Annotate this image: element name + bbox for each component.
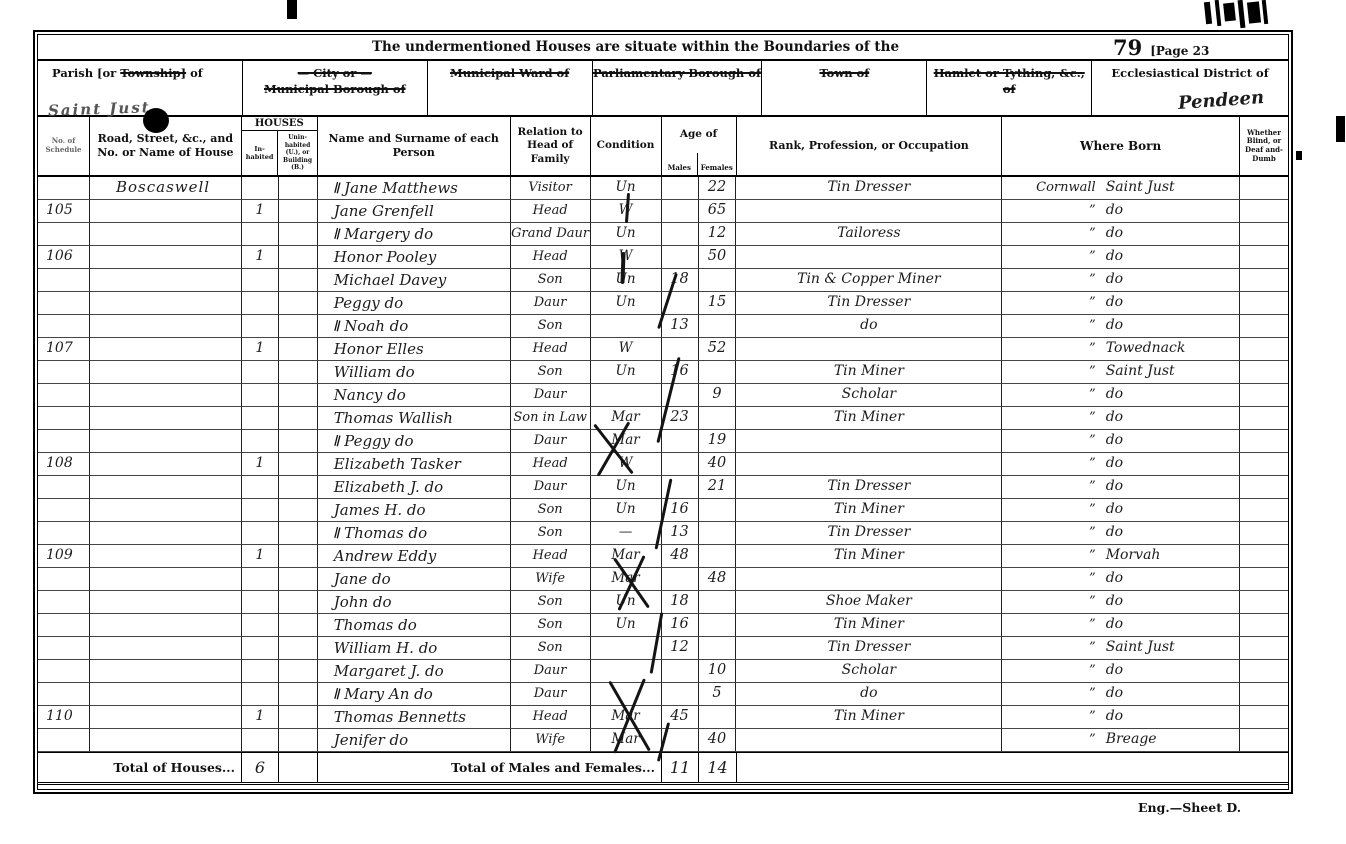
cell-age_f — [699, 706, 737, 728]
cell-schedule — [38, 430, 90, 452]
cell-born: ”do — [1002, 292, 1240, 314]
scan-mark — [1296, 151, 1302, 160]
table-row: Jane doWifeMar48”do — [38, 568, 1288, 591]
cell-schedule — [38, 522, 90, 544]
cell-condition — [591, 637, 662, 659]
cell-age_m — [662, 177, 699, 199]
scan-mark — [1215, 0, 1222, 26]
cell-occupation: Tin Miner — [736, 361, 1002, 383]
cell-address — [90, 430, 242, 452]
cell-inhabited — [242, 476, 279, 498]
table-row: 1051Jane GrenfellHeadW65”do — [38, 200, 1288, 223]
cell-infirmity — [1240, 499, 1288, 521]
cell-condition: W — [591, 338, 662, 360]
pen-mark: ∥ — [331, 315, 342, 337]
cell-relation: Head — [511, 453, 591, 475]
table-row: 1061Honor PooleyHeadW50”do — [38, 246, 1288, 269]
cell-age_m — [662, 200, 699, 222]
cell-infirmity — [1240, 706, 1288, 728]
town-box: Town of — [762, 61, 927, 115]
cell-uninhabited — [279, 591, 318, 613]
cell-schedule — [38, 315, 90, 337]
cell-uninhabited — [279, 614, 318, 636]
cell-age_f: 15 — [699, 292, 737, 314]
cell-relation: Wife — [511, 729, 591, 751]
cell-age_f: 12 — [699, 223, 737, 245]
cell-name: ∥Margery do — [318, 223, 511, 245]
cell-born: ”Breage — [1002, 729, 1240, 751]
cell-inhabited — [242, 361, 279, 383]
cell-occupation: Tin Miner — [736, 407, 1002, 429]
cell-condition: Un — [591, 614, 662, 636]
cell-age_m: 13 — [662, 522, 699, 544]
cell-address — [90, 476, 242, 498]
pen-mark: ∥ — [331, 430, 342, 452]
cell-address — [90, 660, 242, 682]
scan-mark — [1336, 116, 1345, 142]
cell-uninhabited — [279, 499, 318, 521]
cell-age_f — [699, 522, 737, 544]
cell-age_m: 12 — [662, 637, 699, 659]
cell-age_f: 10 — [699, 660, 737, 682]
cell-inhabited: 1 — [242, 706, 279, 728]
total-houses-label: Total of Houses... — [38, 753, 242, 782]
cell-occupation: Tin Miner — [736, 545, 1002, 567]
table-body: Boscaswell∥Jane MatthewsVisitorUn22Tin D… — [38, 177, 1288, 752]
table-row: Boscaswell∥Jane MatthewsVisitorUn22Tin D… — [38, 177, 1288, 200]
cell-schedule — [38, 683, 90, 705]
cell-uninhabited — [279, 568, 318, 590]
cell-age_f: 21 — [699, 476, 737, 498]
cell-occupation: Shoe Maker — [736, 591, 1002, 613]
cell-uninhabited — [279, 660, 318, 682]
cell-occupation: Tin Dresser — [736, 476, 1002, 498]
cell-age_f: 40 — [699, 453, 737, 475]
cell-age_f — [699, 499, 737, 521]
cell-schedule — [38, 292, 90, 314]
cell-born: ”do — [1002, 660, 1240, 682]
cell-schedule — [38, 269, 90, 291]
cell-inhabited: 1 — [242, 545, 279, 567]
cell-infirmity — [1240, 476, 1288, 498]
cell-born: ”do — [1002, 476, 1240, 498]
cell-age_f — [699, 407, 737, 429]
cell-infirmity — [1240, 315, 1288, 337]
cell-name: Thomas Bennetts — [318, 706, 511, 728]
cell-age_m — [662, 660, 699, 682]
ecclesiastical-label: Ecclesiastical District of — [1111, 66, 1268, 80]
cell-occupation — [736, 246, 1002, 268]
cell-inhabited — [242, 729, 279, 751]
cell-infirmity — [1240, 683, 1288, 705]
cell-schedule — [38, 499, 90, 521]
cell-uninhabited — [279, 269, 318, 291]
cell-address — [90, 706, 242, 728]
cell-relation: Head — [511, 338, 591, 360]
cell-infirmity — [1240, 568, 1288, 590]
cell-name: Michael Davey — [318, 269, 511, 291]
cell-name: Margaret J. do — [318, 660, 511, 682]
col-inhabited: In-habited — [242, 131, 279, 175]
cell-uninhabited — [279, 200, 318, 222]
cell-address — [90, 637, 242, 659]
cell-condition: Un — [591, 361, 662, 383]
cell-name: Jenifer do — [318, 729, 511, 751]
cell-infirmity — [1240, 292, 1288, 314]
cell-inhabited — [242, 177, 279, 199]
cell-name: ∥Mary An do — [318, 683, 511, 705]
footer-blank-cell — [279, 753, 318, 782]
cell-age_m: 16 — [662, 361, 699, 383]
table-header-row: No. of Schedule Road, Street, &c., and N… — [38, 117, 1288, 177]
table-row: John doSonUn18Shoe Maker”do — [38, 591, 1288, 614]
cell-name: Honor Elles — [318, 338, 511, 360]
cell-age_m — [662, 453, 699, 475]
cell-infirmity — [1240, 269, 1288, 291]
table-row: Michael DaveySonUn18Tin & Copper Miner”d… — [38, 269, 1288, 292]
totals-row: Total of Houses... 6 Total of Males and … — [38, 752, 1288, 785]
cell-address — [90, 545, 242, 567]
parliamentary-borough-box: Parliamentary Borough of — [593, 61, 763, 115]
cell-schedule — [38, 177, 90, 199]
cell-relation: Daur — [511, 384, 591, 406]
cell-age_m — [662, 223, 699, 245]
parish-value-handwriting: Saint Just — [48, 97, 151, 121]
cell-born: ”do — [1002, 223, 1240, 245]
cell-name: Thomas Wallish — [318, 407, 511, 429]
cell-name: ∥Peggy do — [318, 430, 511, 452]
table-row: ∥Peggy doDaurMar19”do — [38, 430, 1288, 453]
cell-born: ”do — [1002, 315, 1240, 337]
cell-infirmity — [1240, 200, 1288, 222]
ward-label: Municipal Ward of — [450, 66, 569, 80]
ecclesiastical-value-handwriting: Pendeen — [1177, 86, 1265, 116]
scan-mark — [1262, 0, 1268, 24]
pen-mark: ∥ — [331, 522, 342, 544]
table-row: 1101Thomas BennettsHeadMar45Tin Miner”do — [38, 706, 1288, 729]
cell-age_f: 48 — [699, 568, 737, 590]
houses-group-label: HOUSES — [242, 117, 317, 131]
cell-inhabited — [242, 499, 279, 521]
parliamentary-label: Parliamentary Borough of — [593, 66, 761, 80]
cell-born: ”do — [1002, 683, 1240, 705]
table-row: 1071Honor EllesHeadW52”Towednack — [38, 338, 1288, 361]
cell-occupation: do — [736, 315, 1002, 337]
cell-schedule: 106 — [38, 246, 90, 268]
cell-name: Elizabeth J. do — [318, 476, 511, 498]
cell-address — [90, 499, 242, 521]
city-label-line1: — City or — — [298, 66, 372, 80]
hamlet-label: Hamlet or Tything, &c., of — [934, 66, 1085, 96]
cell-address — [90, 384, 242, 406]
cell-born: ”do — [1002, 246, 1240, 268]
cell-occupation: Tailoress — [736, 223, 1002, 245]
cell-address — [90, 223, 242, 245]
cell-schedule — [38, 614, 90, 636]
cell-schedule — [38, 637, 90, 659]
cell-infirmity — [1240, 545, 1288, 567]
cell-relation: Son — [511, 361, 591, 383]
cell-infirmity — [1240, 407, 1288, 429]
cell-born: CornwallSaint Just — [1002, 177, 1240, 199]
cell-address — [90, 315, 242, 337]
cell-address — [90, 614, 242, 636]
cell-condition: Un — [591, 499, 662, 521]
cell-schedule — [38, 361, 90, 383]
cell-address — [90, 269, 242, 291]
cell-inhabited — [242, 614, 279, 636]
cell-born: ”do — [1002, 499, 1240, 521]
cell-infirmity — [1240, 660, 1288, 682]
age-group-label: Age of — [662, 117, 736, 153]
cell-occupation — [736, 200, 1002, 222]
cell-age_f: 5 — [699, 683, 737, 705]
cell-uninhabited — [279, 522, 318, 544]
cell-infirmity — [1240, 177, 1288, 199]
cell-born: ”do — [1002, 614, 1240, 636]
cell-address: Boscaswell — [90, 177, 242, 199]
cell-born: ”Saint Just — [1002, 637, 1240, 659]
cell-condition — [591, 683, 662, 705]
cell-name: ∥Thomas do — [318, 522, 511, 544]
cell-born: ”Towednack — [1002, 338, 1240, 360]
parish-box: Parish [or Township] of Saint Just — [38, 61, 243, 115]
cell-occupation: Scholar — [736, 384, 1002, 406]
cell-age_f: 40 — [699, 729, 737, 751]
cell-relation: Son — [511, 591, 591, 613]
cell-condition — [591, 384, 662, 406]
col-houses-group: HOUSES In-habited Unin-habited (U.), or … — [242, 117, 318, 175]
cell-address — [90, 683, 242, 705]
cell-inhabited — [242, 407, 279, 429]
col-age-group: Age of Males Females — [662, 117, 737, 175]
scan-mark — [287, 0, 297, 19]
cell-condition: Mar — [591, 545, 662, 567]
cell-born: ”do — [1002, 407, 1240, 429]
cell-inhabited — [242, 430, 279, 452]
cell-occupation — [736, 453, 1002, 475]
title-strip: The undermentioned Houses are situate wi… — [38, 35, 1288, 61]
cell-address — [90, 338, 242, 360]
cell-born: ”do — [1002, 706, 1240, 728]
cell-condition: Un — [591, 476, 662, 498]
col-uninhabited: Unin-habited (U.), or Building (B.) — [278, 131, 316, 175]
cell-born: ”do — [1002, 568, 1240, 590]
cell-uninhabited — [279, 476, 318, 498]
cell-name: ∥Noah do — [318, 315, 511, 337]
folio-number: 79 — [1113, 35, 1142, 60]
cell-condition: Mar — [591, 729, 662, 751]
cell-relation: Daur — [511, 476, 591, 498]
cell-relation: Daur — [511, 683, 591, 705]
cell-age_f: 9 — [699, 384, 737, 406]
cell-inhabited — [242, 384, 279, 406]
cell-uninhabited — [279, 545, 318, 567]
cell-inhabited — [242, 223, 279, 245]
cell-occupation — [736, 729, 1002, 751]
cell-relation: Son in Law — [511, 407, 591, 429]
table-row: 1091Andrew EddyHeadMar48Tin Miner”Morvah — [38, 545, 1288, 568]
cell-age_f: 52 — [699, 338, 737, 360]
cell-name: Jane do — [318, 568, 511, 590]
cell-uninhabited — [279, 637, 318, 659]
cell-inhabited — [242, 683, 279, 705]
cell-occupation: Tin Dresser — [736, 177, 1002, 199]
cell-address — [90, 361, 242, 383]
cell-schedule — [38, 223, 90, 245]
cell-occupation: Tin & Copper Miner — [736, 269, 1002, 291]
cell-occupation — [736, 338, 1002, 360]
cell-name: ∥Jane Matthews — [318, 177, 511, 199]
cell-condition: Un — [591, 269, 662, 291]
cell-inhabited — [242, 315, 279, 337]
cell-born: ”do — [1002, 591, 1240, 613]
cell-age_f — [699, 591, 737, 613]
folio-block: 79 [Page 23 — [1113, 35, 1288, 60]
cell-uninhabited — [279, 361, 318, 383]
cell-name: Elizabeth Tasker — [318, 453, 511, 475]
cell-relation: Son — [511, 614, 591, 636]
cell-name: James H. do — [318, 499, 511, 521]
cell-uninhabited — [279, 729, 318, 751]
cell-schedule — [38, 660, 90, 682]
cell-relation: Wife — [511, 568, 591, 590]
cell-schedule: 107 — [38, 338, 90, 360]
cell-infirmity — [1240, 729, 1288, 751]
cell-schedule: 110 — [38, 706, 90, 728]
cell-relation: Head — [511, 200, 591, 222]
cell-name: Honor Pooley — [318, 246, 511, 268]
cell-relation: Son — [511, 269, 591, 291]
pen-mark: ∥ — [331, 177, 342, 199]
cell-inhabited: 1 — [242, 200, 279, 222]
cell-relation: Daur — [511, 292, 591, 314]
cell-address — [90, 407, 242, 429]
cell-address — [90, 729, 242, 751]
town-label: Town of — [819, 66, 869, 80]
cell-occupation: Scholar — [736, 660, 1002, 682]
cell-occupation: Tin Miner — [736, 499, 1002, 521]
cell-uninhabited — [279, 384, 318, 406]
cell-name: William H. do — [318, 637, 511, 659]
cell-infirmity — [1240, 637, 1288, 659]
cell-name: Andrew Eddy — [318, 545, 511, 567]
cell-age_f — [699, 545, 737, 567]
cell-uninhabited — [279, 453, 318, 475]
col-schedule: No. of Schedule — [38, 117, 90, 175]
cell-uninhabited — [279, 177, 318, 199]
cell-uninhabited — [279, 706, 318, 728]
table-row: Nancy doDaur9Scholar”do — [38, 384, 1288, 407]
cell-condition: Un — [591, 223, 662, 245]
cell-occupation: Tin Miner — [736, 706, 1002, 728]
col-infirmity: Whether Blind, or Deaf and-Dumb — [1240, 117, 1288, 175]
cell-age_f — [699, 315, 737, 337]
cell-born: ”do — [1002, 200, 1240, 222]
cell-name: William do — [318, 361, 511, 383]
cell-address — [90, 292, 242, 314]
col-females: Females — [698, 153, 735, 175]
cell-relation: Head — [511, 545, 591, 567]
cell-inhabited: 1 — [242, 246, 279, 268]
cell-relation: Son — [511, 499, 591, 521]
cell-infirmity — [1240, 430, 1288, 452]
cell-age_f — [699, 614, 737, 636]
cell-age_m: 18 — [662, 269, 699, 291]
table-row: Margaret J. doDaur10Scholar”do — [38, 660, 1288, 683]
ink-blot — [143, 108, 169, 133]
cell-inhabited — [242, 568, 279, 590]
cell-infirmity — [1240, 591, 1288, 613]
cell-condition — [591, 315, 662, 337]
cell-born: ”do — [1002, 522, 1240, 544]
cell-occupation — [736, 430, 1002, 452]
cell-schedule: 105 — [38, 200, 90, 222]
cell-age_m — [662, 568, 699, 590]
cell-infirmity — [1240, 246, 1288, 268]
cell-name: Jane Grenfell — [318, 200, 511, 222]
pen-mark: ∥ — [331, 683, 342, 705]
cell-age_f: 19 — [699, 430, 737, 452]
cell-uninhabited — [279, 292, 318, 314]
cell-age_m — [662, 683, 699, 705]
cell-relation: Grand Daur — [511, 223, 591, 245]
cell-schedule — [38, 476, 90, 498]
cell-schedule — [38, 407, 90, 429]
cell-name: Nancy do — [318, 384, 511, 406]
cell-relation: Daur — [511, 430, 591, 452]
total-males-females-label: Total of Males and Females... — [318, 753, 662, 782]
cell-inhabited — [242, 292, 279, 314]
col-where-born: Where Born — [1002, 117, 1240, 175]
table-row: Thomas doSonUn16Tin Miner”do — [38, 614, 1288, 637]
cell-uninhabited — [279, 683, 318, 705]
cell-occupation: Tin Dresser — [736, 637, 1002, 659]
scan-mark — [1223, 2, 1236, 21]
table-row: ∥Thomas doSon—13Tin Dresser”do — [38, 522, 1288, 545]
parish-label: Parish [or Township] of — [52, 66, 203, 80]
total-houses-value: 6 — [242, 753, 279, 782]
cell-schedule — [38, 729, 90, 751]
cell-schedule — [38, 384, 90, 406]
col-relation: Relation to Head of Family — [511, 117, 591, 175]
cell-condition: Un — [591, 292, 662, 314]
cell-address — [90, 591, 242, 613]
cell-name: Thomas do — [318, 614, 511, 636]
table-row: William H. doSon12Tin Dresser”Saint Just — [38, 637, 1288, 660]
cell-inhabited: 1 — [242, 453, 279, 475]
cell-born: ”Morvah — [1002, 545, 1240, 567]
cell-address — [90, 246, 242, 268]
footer-blank-cell — [737, 753, 1288, 782]
cell-uninhabited — [279, 246, 318, 268]
cell-relation: Head — [511, 246, 591, 268]
cell-born: ”Saint Just — [1002, 361, 1240, 383]
cell-age_f: 22 — [699, 177, 737, 199]
cell-uninhabited — [279, 338, 318, 360]
cell-age_m: 13 — [662, 315, 699, 337]
cell-born: ”do — [1002, 269, 1240, 291]
cell-born: ”do — [1002, 453, 1240, 475]
cell-relation: Son — [511, 315, 591, 337]
cell-occupation: Tin Miner — [736, 614, 1002, 636]
cell-age_m — [662, 246, 699, 268]
pen-mark: ∥ — [331, 223, 342, 245]
cell-schedule — [38, 568, 90, 590]
cell-uninhabited — [279, 407, 318, 429]
census-sheet-scan: The undermentioned Houses are situate wi… — [0, 0, 1346, 844]
cell-address — [90, 568, 242, 590]
